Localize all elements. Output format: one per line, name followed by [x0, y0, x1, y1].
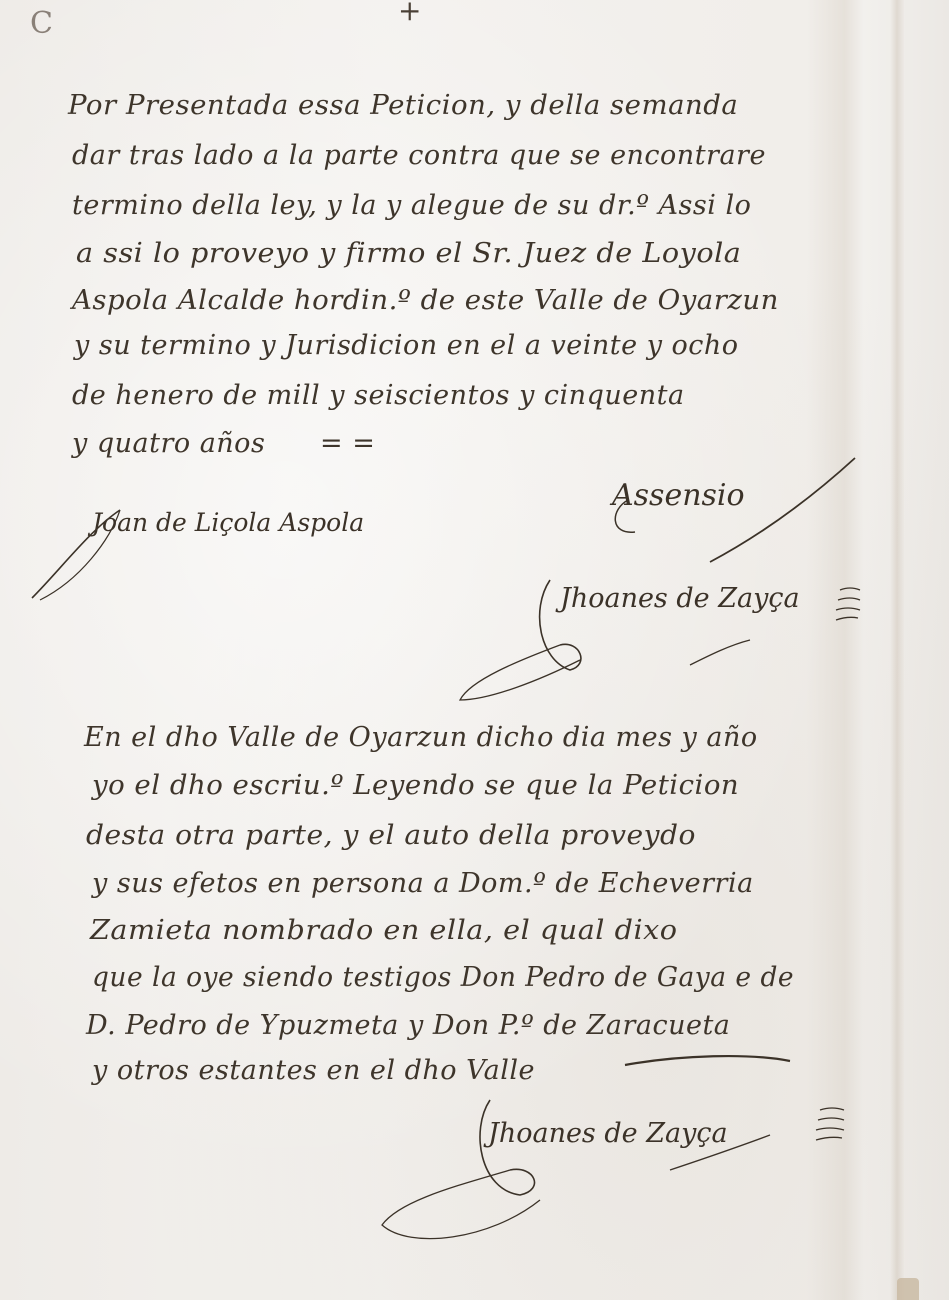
text-line: termino della ley, y la y alegue de su d… — [72, 190, 751, 221]
text-line: dar tras lado a la parte contra que se e… — [72, 140, 766, 171]
signature-left: Joan de Liçola Aspola — [92, 508, 364, 537]
paper-stain — [897, 1278, 919, 1300]
corner-mark: C — [30, 6, 53, 41]
text-line: Aspola Alcalde hordin.º de este Valle de… — [72, 285, 779, 316]
text-line: Por Presentada essa Peticion, y della se… — [68, 90, 738, 121]
text-line: y sus efetos en persona a Dom.º de Echev… — [92, 868, 754, 899]
signature-assensio: Assensio — [612, 478, 745, 513]
signature-zayca: Jhoanes de Zayça — [560, 583, 800, 614]
end-mark: = = — [320, 428, 375, 459]
text-line: yo el dho escriu.º Leyendo se que la Pet… — [92, 770, 739, 801]
text-line: desta otra parte, y el auto della provey… — [86, 820, 696, 851]
text-line: Zamieta nombrado en ella, el qual dixo — [90, 915, 678, 946]
signature-zayca-2: Jhoanes de Zayça — [488, 1118, 728, 1149]
text-line: y otros estantes en el dho Valle — [92, 1055, 535, 1086]
text-line: de henero de mill y seiscientos y cinque… — [72, 380, 685, 411]
cross-mark: + — [398, 0, 421, 27]
text-line: y quatro años — [72, 428, 265, 459]
text-line: D. Pedro de Ypuzmeta y Don P.º de Zaracu… — [86, 1010, 730, 1041]
text-line: que la oye siendo testigos Don Pedro de … — [92, 962, 794, 993]
text-line: y su termino y Jurisdicion en el a veint… — [74, 330, 739, 361]
page-fold-crease — [890, 0, 904, 1300]
text-line: En el dho Valle de Oyarzun dicho dia mes… — [84, 722, 758, 753]
text-line: a ssi lo proveyo y firmo el Sr. Juez de … — [76, 238, 741, 269]
